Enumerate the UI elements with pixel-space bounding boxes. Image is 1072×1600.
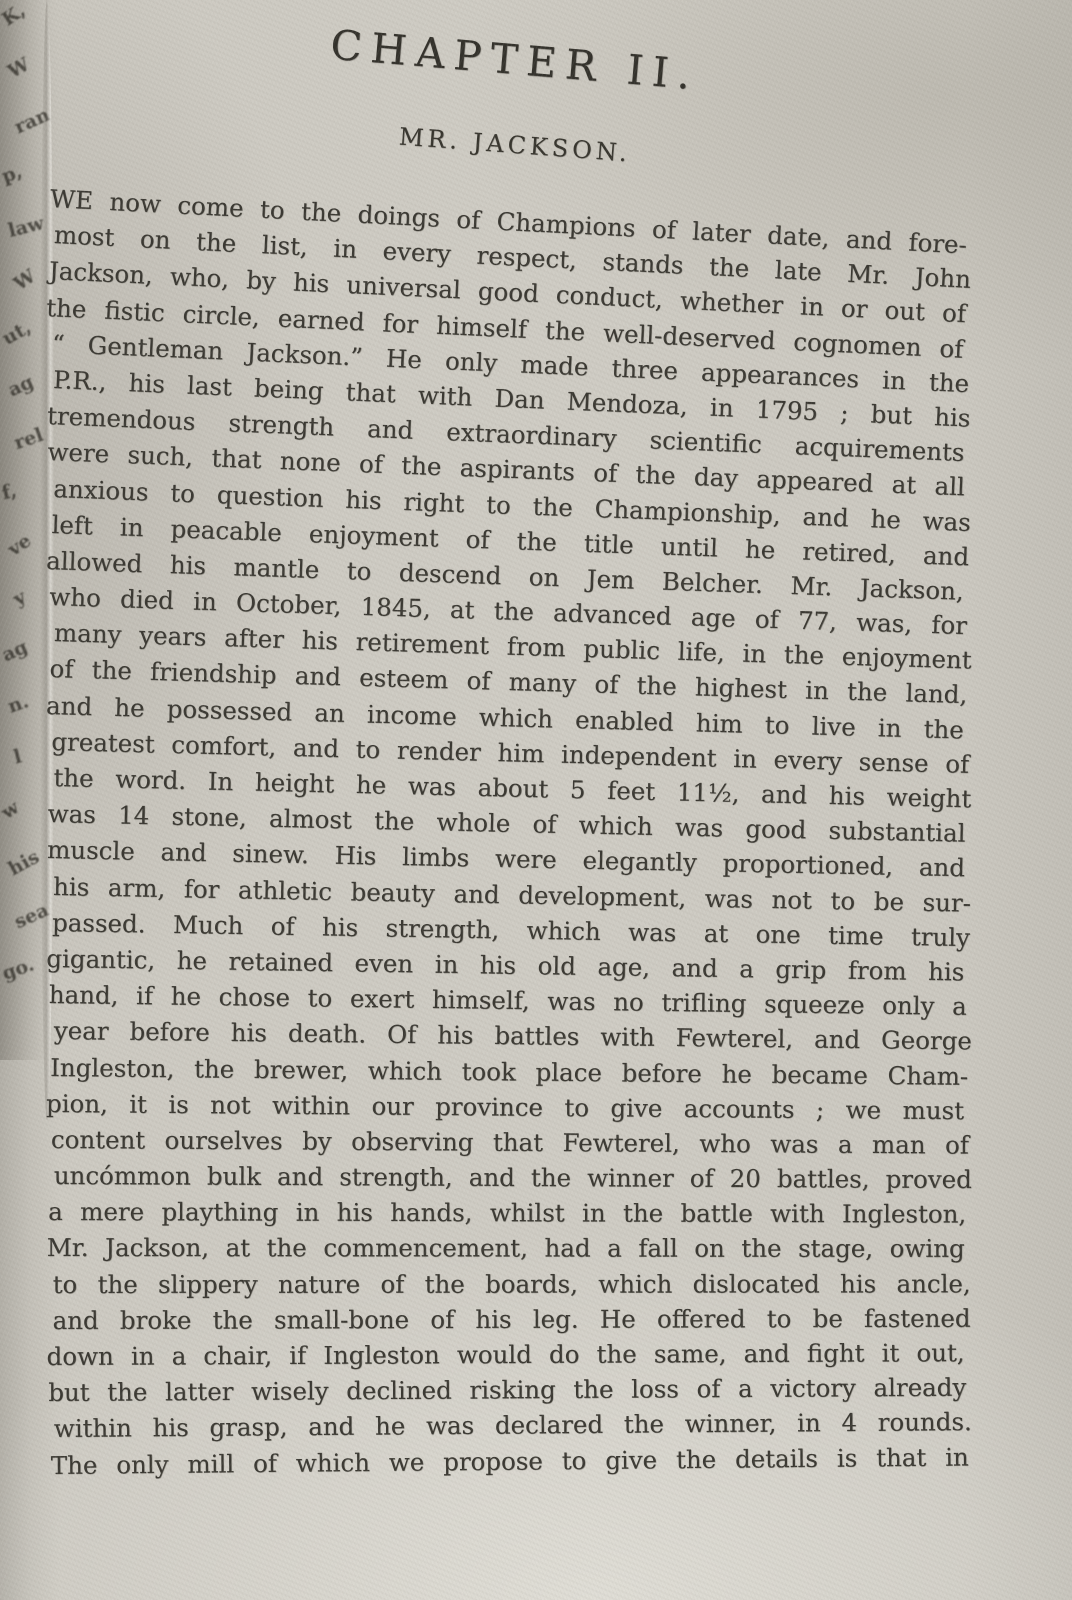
adjacent-page-text-fragment: w bbox=[0, 796, 23, 823]
adjacent-page-text-fragment: his bbox=[5, 846, 43, 881]
adjacent-page-text-fragment: go. bbox=[0, 953, 37, 984]
adjacent-page-text-fragment: ag bbox=[0, 636, 31, 667]
adjacent-page-text-fragment: W bbox=[4, 53, 33, 83]
adjacent-page-text-fragment: ve bbox=[4, 529, 35, 560]
text-line: down in a chair, if Ingleston would do t… bbox=[47, 1335, 965, 1375]
text-line: Mr. Jackson, at the commencement, had a … bbox=[47, 1230, 965, 1267]
text-line: uncómmon bulk and strength, and the winn… bbox=[54, 1158, 972, 1198]
adjacent-page-text-fragment: law bbox=[6, 212, 46, 242]
adjacent-page-text-fragment: n. bbox=[5, 690, 31, 717]
adjacent-page-text-fragment: f, bbox=[0, 480, 19, 505]
adjacent-page-text-fragment: ut, bbox=[0, 316, 35, 349]
adjacent-page-text-fragment: ag bbox=[5, 371, 37, 402]
text-line: to the slippery nature of the boards, wh… bbox=[53, 1266, 971, 1303]
text-line: content ourselves by observing that Fewt… bbox=[51, 1122, 969, 1164]
text-line: a mere plaything in his hands, whilst in… bbox=[48, 1194, 966, 1233]
text-line: The only mill of which we propose to giv… bbox=[51, 1439, 969, 1484]
text-line: and broke the small-bone of his leg. He … bbox=[53, 1301, 971, 1339]
adjacent-page-text-fragment: p, bbox=[0, 160, 25, 187]
adjacent-page-text-fragment: W bbox=[10, 265, 40, 295]
adjacent-page-text-fragment: l bbox=[11, 745, 23, 768]
body-text: WE now come to the doings of Champions o… bbox=[50, 181, 968, 1484]
book-page: K,Wranp,lawWut,agrelf,veyagn.lwhisseago.… bbox=[0, 0, 1072, 1600]
adjacent-page-text-fragment: y bbox=[9, 586, 29, 611]
